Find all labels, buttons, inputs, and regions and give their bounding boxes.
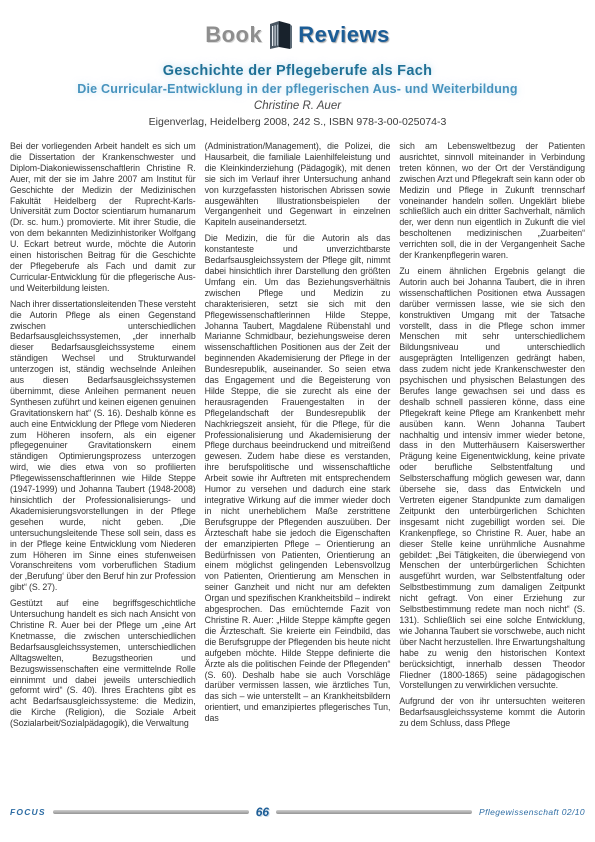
footer-section-label: FOCUS — [10, 807, 46, 817]
footer-journal-label: Pflegewissenschaft 02/10 — [479, 807, 585, 817]
review-publisher-info: Eigenverlag, Heidelberg 2008, 242 S., IS… — [0, 116, 595, 128]
review-title: Geschichte der Pflegeberufe als Fach — [0, 63, 595, 79]
text-column-2: (Administration/Management), die Polizei… — [205, 141, 391, 803]
book-reviews-logo: Book Reviews — [0, 20, 595, 50]
paragraph: sich am Lebensweltbezug der Patienten au… — [399, 141, 585, 261]
paragraph: Bei der vorliegenden Arbeit handelt es s… — [10, 141, 196, 294]
text-column-1: Bei der vorliegenden Arbeit handelt es s… — [10, 141, 196, 803]
review-body: Bei der vorliegenden Arbeit handelt es s… — [10, 141, 585, 803]
text-column-3: sich am Lebensweltbezug der Patienten au… — [399, 141, 585, 803]
book-icon — [267, 20, 293, 50]
paragraph: (Administration/Management), die Polizei… — [205, 141, 391, 228]
paragraph: Zu einem ähnlichen Ergebnis gelangt die … — [399, 266, 585, 691]
logo-text-reviews: Reviews — [298, 22, 390, 48]
page-header: Book Reviews Geschichte der Pflegeberufe… — [0, 0, 595, 128]
journal-page: Book Reviews Geschichte der Pflegeberufe… — [0, 0, 595, 842]
paragraph: Die Medizin, die für die Autorin als das… — [205, 233, 391, 724]
paragraph: Aufgrund der von ihr untersuchten weiter… — [399, 696, 585, 729]
paragraph: Nach ihrer dissertationsleitenden These … — [10, 299, 196, 593]
footer-rule-right — [276, 810, 472, 814]
review-subtitle: Die Curricular-Entwicklung in der pflege… — [0, 82, 595, 96]
review-author: Christine R. Auer — [0, 100, 595, 112]
page-number: 66 — [256, 805, 269, 819]
footer-rule-left — [53, 810, 249, 814]
paragraph: Gestützt auf eine begriffsgeschichtliche… — [10, 598, 196, 729]
logo-text-book: Book — [205, 22, 262, 48]
page-footer: FOCUS 66 Pflegewissenschaft 02/10 — [10, 805, 585, 819]
